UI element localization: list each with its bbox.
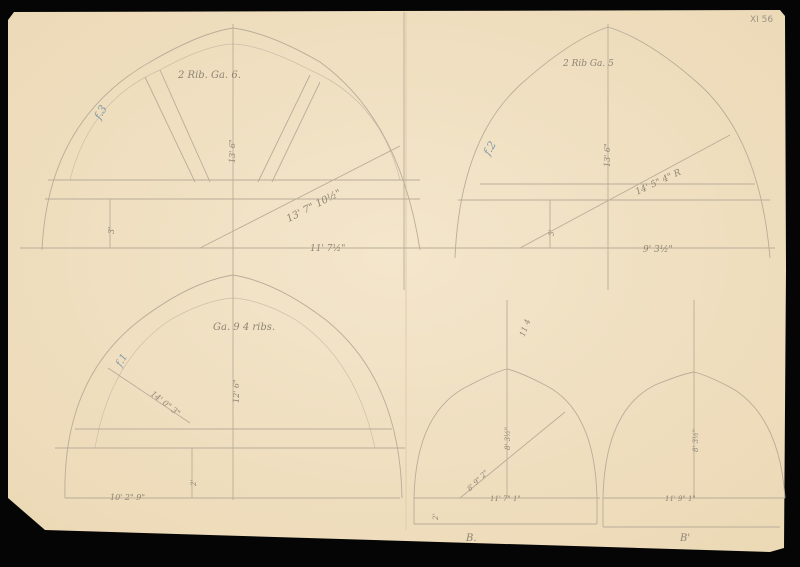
spring-label: 3' <box>107 227 116 234</box>
rise-label: 13' 6" <box>228 139 237 163</box>
half-span-label: 11' 7" 1" <box>490 495 521 503</box>
panel-title: 2 Rib Ga. 5 <box>562 59 614 69</box>
rise-label: 13' 6" <box>603 143 612 167</box>
panel-label: B' <box>679 533 690 544</box>
sheet-number: XI 56 <box>750 15 773 25</box>
paper <box>8 10 786 552</box>
half-span-label: 11' 9" 1" <box>665 495 696 503</box>
half-span-label: 11' 7½" <box>310 243 345 254</box>
spring-label: 2' <box>432 514 440 521</box>
spring-label: 2' <box>190 480 198 487</box>
panel-title: 2 Rib. Ga. 6. <box>177 70 241 81</box>
drawing-sheet: 2 Rib. Ga. 6. f.3 13' 6" 13' 7" 10½" 11'… <box>0 0 800 567</box>
half-span-label: 10' 2" 9" <box>110 493 145 502</box>
rise-label: 12' 6" <box>232 379 241 403</box>
panel-label: B. <box>465 533 477 544</box>
panel-title: Ga. 9 4 ribs. <box>213 322 275 333</box>
rise-label: 8' 3½" <box>692 429 700 452</box>
spring-label: 3' <box>548 230 556 236</box>
half-span-label: 9' 3½" <box>643 244 673 255</box>
rise-label: 8' 3½" <box>504 427 512 450</box>
